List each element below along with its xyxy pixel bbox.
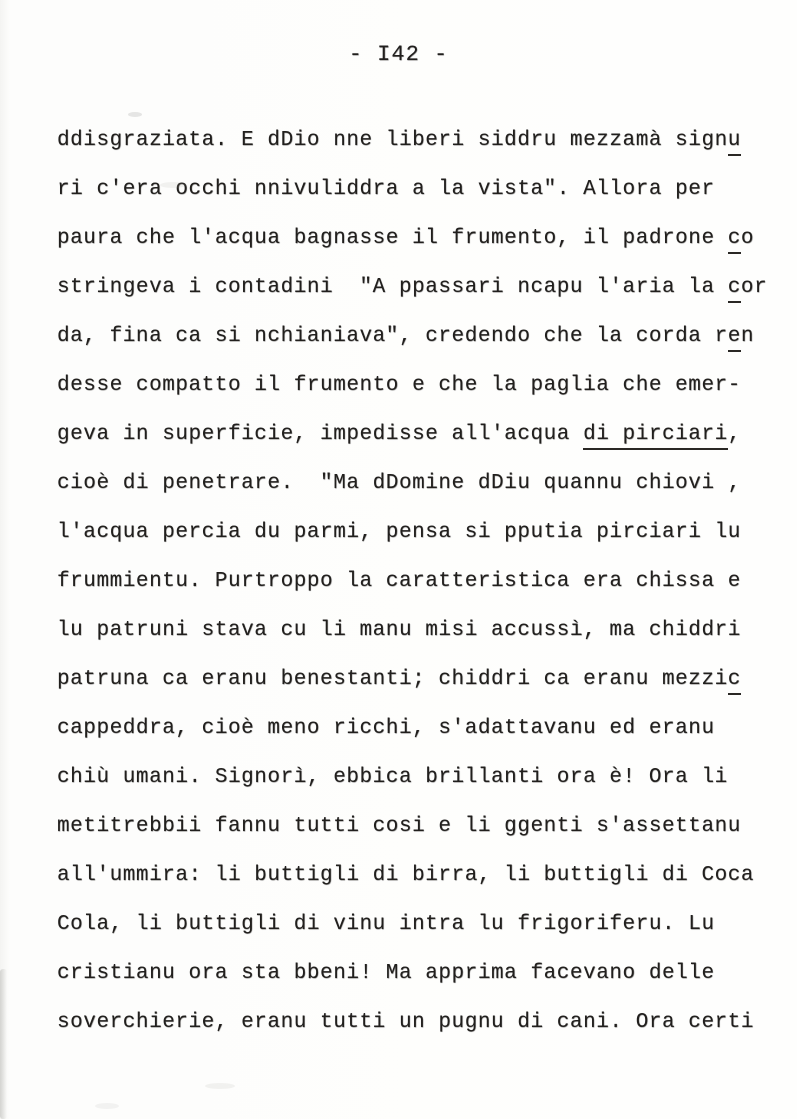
text-line: paura che l'acqua bagnasse il frumento, … <box>57 214 767 263</box>
text-segment: paura che l'acqua bagnasse il frumento, … <box>57 227 728 250</box>
text-segment: frummientu. Purtroppo la caratteristica … <box>57 570 741 593</box>
text-segment: n <box>741 325 754 348</box>
text-line: ri c'era occhi nnivuliddra a la vista". … <box>57 165 767 214</box>
text-segment: cappeddra, cioè meno ricchi, s'adattavan… <box>57 717 715 740</box>
text-line: cioè di penetrare. "Ma dDomine dDiu quan… <box>57 459 767 508</box>
scan-speck <box>205 1083 235 1089</box>
text-segment: Cola, li buttigli di vinu intra lu frigo… <box>57 913 715 936</box>
text-line: l'acqua percia du parmi, pensa si pputia… <box>57 508 767 557</box>
document-body: ddisgraziata. E dDio nne liberi siddru m… <box>57 116 767 1047</box>
underlined-text: c <box>728 668 741 695</box>
text-segment: soverchierie, eranu tutti un pugnu di ca… <box>57 1011 754 1034</box>
underlined-text: c <box>728 276 741 303</box>
text-segment: geva in superficie, impedisse all'acqua <box>57 423 583 446</box>
text-line: cappeddra, cioè meno ricchi, s'adattavan… <box>57 704 767 753</box>
text-segment: all'ummira: li buttigli di birra, li but… <box>57 864 754 887</box>
text-line: lu patruni stava cu li manu misi accussì… <box>57 606 767 655</box>
text-segment: da, fina ca si nchianiava", credendo che… <box>57 325 728 348</box>
page-number: - I42 - <box>0 30 797 79</box>
text-segment: desse compatto il frumento e che la pagl… <box>57 374 741 397</box>
text-segment: cristianu ora sta bbeni! Ma apprima face… <box>57 962 715 985</box>
scan-speck <box>95 1103 119 1109</box>
text-segment: lu patruni stava cu li manu misi accussì… <box>57 619 741 642</box>
text-segment: o <box>741 227 754 250</box>
text-segment: stringeva i contadini "A ppassari ncapu … <box>57 276 728 299</box>
text-line: stringeva i contadini "A ppassari ncapu … <box>57 263 767 312</box>
text-segment: cioè di penetrare. "Ma dDomine dDiu quan… <box>57 472 741 495</box>
text-segment: or <box>741 276 767 299</box>
text-segment: ddisgraziata. E dDio nne liberi siddru m… <box>57 129 728 152</box>
text-segment: chiù umani. Signorì, ebbica brillanti or… <box>57 766 728 789</box>
scan-smudge <box>0 969 7 1119</box>
text-line: patruna ca eranu benestanti; chiddri ca … <box>57 655 767 704</box>
underlined-text: di pirciari <box>583 423 728 450</box>
text-segment: l'acqua percia du parmi, pensa si pputia… <box>57 521 741 544</box>
text-segment: , <box>728 423 741 446</box>
text-segment: metitrebbii fannu tutti cosi e li ggenti… <box>57 815 741 838</box>
text-line: ddisgraziata. E dDio nne liberi siddru m… <box>57 116 767 165</box>
text-line: Cola, li buttigli di vinu intra lu frigo… <box>57 900 767 949</box>
text-line: all'ummira: li buttigli di birra, li but… <box>57 851 767 900</box>
underlined-text: e <box>728 325 741 352</box>
text-line: desse compatto il frumento e che la pagl… <box>57 361 767 410</box>
text-line: geva in superficie, impedisse all'acqua … <box>57 410 767 459</box>
text-line: soverchierie, eranu tutti un pugnu di ca… <box>57 998 767 1047</box>
text-line: frummientu. Purtroppo la caratteristica … <box>57 557 767 606</box>
underlined-text: c <box>728 227 741 254</box>
text-line: cristianu ora sta bbeni! Ma apprima face… <box>57 949 767 998</box>
text-line: da, fina ca si nchianiava", credendo che… <box>57 312 767 361</box>
text-line: chiù umani. Signorì, ebbica brillanti or… <box>57 753 767 802</box>
text-segment: patruna ca eranu benestanti; chiddri ca … <box>57 668 728 691</box>
scan-speck <box>128 112 142 117</box>
text-line: metitrebbii fannu tutti cosi e li ggenti… <box>57 802 767 851</box>
underlined-text: u <box>728 129 741 156</box>
text-segment: ri c'era occhi nnivuliddra a la vista". … <box>57 178 715 201</box>
scan-speck <box>160 182 186 188</box>
scanned-page: - I42 - ddisgraziata. E dDio nne liberi … <box>0 0 797 1119</box>
